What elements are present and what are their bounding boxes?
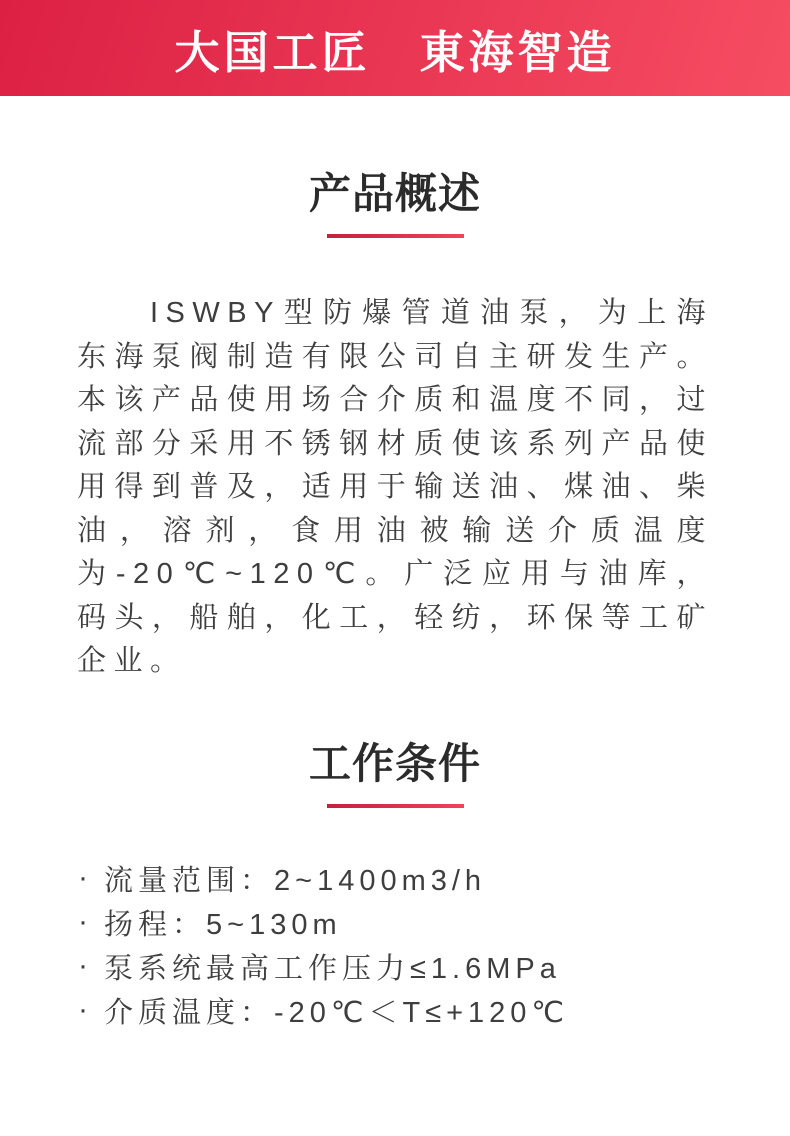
working-conditions-list: · 流量范围：2~1400m3/h · 扬程：5~130m · 泵系统最高工作压… xyxy=(0,856,790,1032)
spec-max-pressure: 泵系统最高工作压力≤1.6MPa xyxy=(104,946,561,987)
overview-heading-underline xyxy=(327,234,464,238)
bullet-dot: · xyxy=(78,907,104,937)
banner-title: 大国工匠 東海智造 xyxy=(174,16,615,81)
list-item: · 扬程：5~130m xyxy=(78,900,770,944)
brand-banner: 大国工匠 東海智造 xyxy=(0,0,790,96)
spec-flow-range: 流量范围：2~1400m3/h xyxy=(104,858,486,899)
overview-heading: 产品概述 xyxy=(0,170,790,218)
bullet-dot: · xyxy=(78,863,104,893)
overview-section: 产品概述 ISWBY型防爆管道油泵，为上海东海泵阀制造有限公司自主研发生产。本该… xyxy=(0,170,790,684)
bullet-dot: · xyxy=(78,951,104,981)
overview-paragraph: ISWBY型防爆管道油泵，为上海东海泵阀制造有限公司自主研发生产。本该产品使用场… xyxy=(77,292,713,684)
list-item: · 介质温度：-20℃＜T≤+120℃ xyxy=(78,988,770,1032)
list-item: · 泵系统最高工作压力≤1.6MPa xyxy=(78,944,770,988)
conditions-section: 工作条件 · 流量范围：2~1400m3/h · 扬程：5~130m · 泵系统… xyxy=(0,740,790,1032)
spec-medium-temperature: 介质温度：-20℃＜T≤+120℃ xyxy=(104,990,569,1031)
bullet-dot: · xyxy=(78,995,104,1025)
conditions-heading: 工作条件 xyxy=(0,740,790,788)
conditions-heading-underline xyxy=(327,804,464,808)
spec-head: 扬程：5~130m xyxy=(104,902,342,943)
list-item: · 流量范围：2~1400m3/h xyxy=(78,856,770,900)
